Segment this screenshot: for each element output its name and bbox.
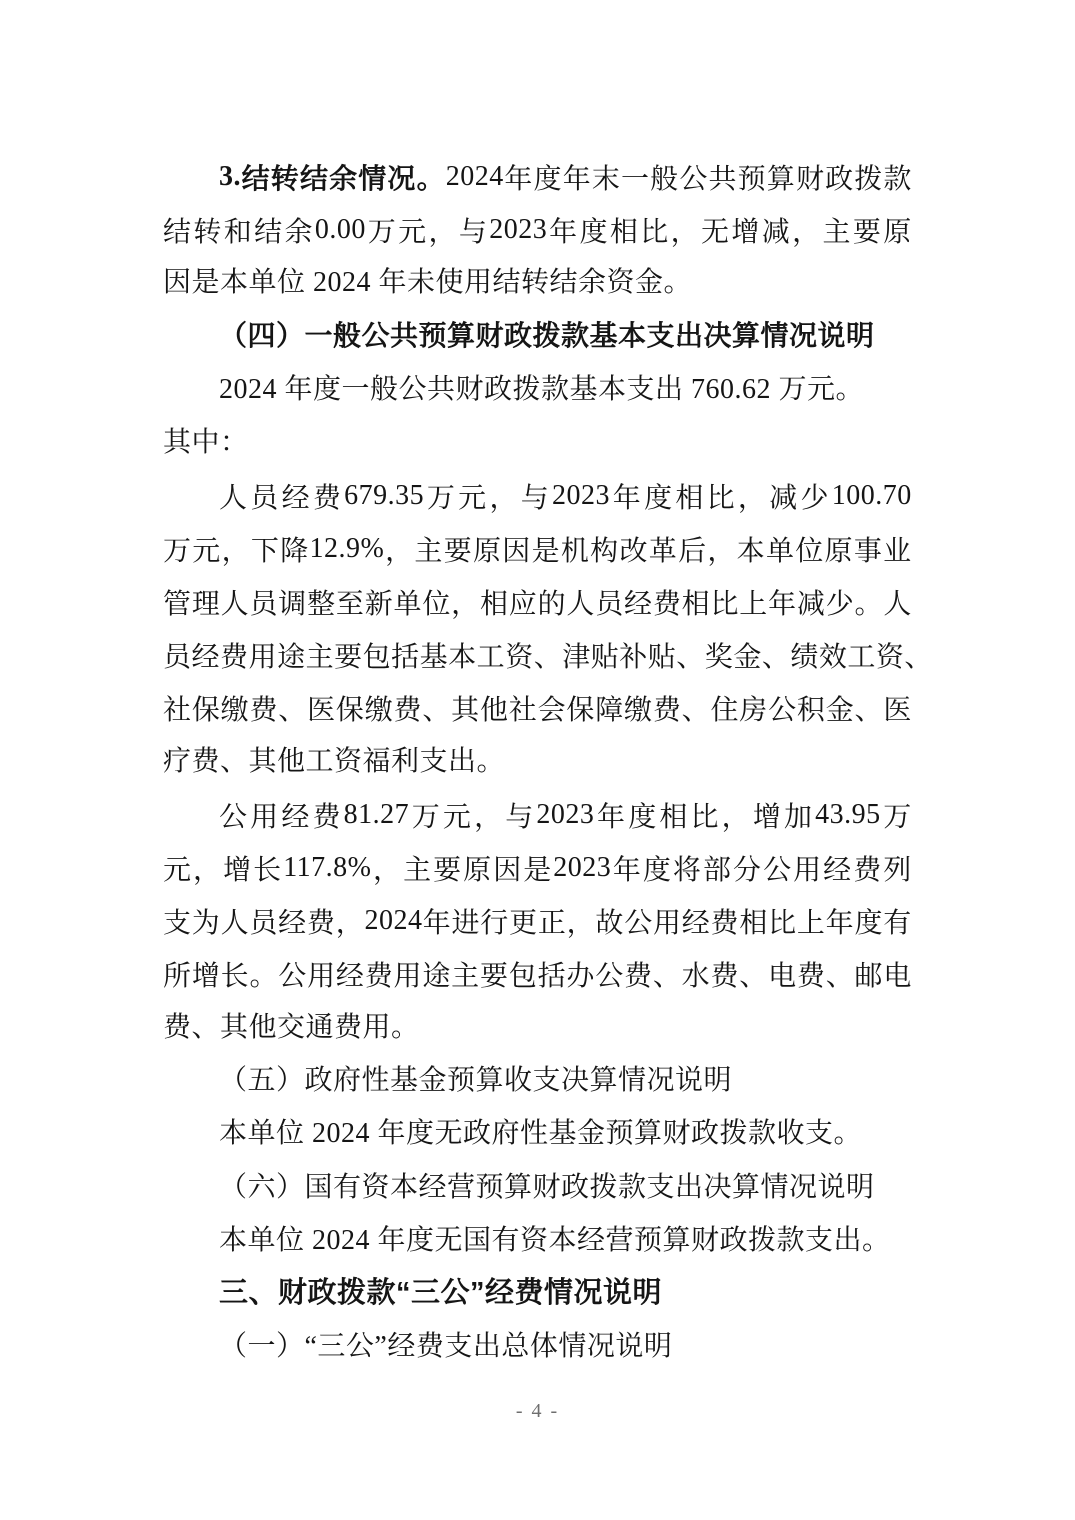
- para-public-funds-line-3: 支为人员经费，2024年进行更正，故公用经费相比上年度有: [163, 895, 912, 948]
- heading-section-5: （五）政府性基金预算收支决算情况说明: [163, 1054, 912, 1107]
- page-number: - 4 -: [0, 1400, 1075, 1423]
- para-public-funds-line-4: 所增长。公用经费用途主要包括办公费、水费、电费、邮电: [163, 948, 912, 1001]
- para-personnel-line-1: 人员经费679.35万元，与2023年度相比，减少100.70: [163, 469, 912, 522]
- para-personnel-line-4: 员经费用途主要包括基本工资、津贴补贴、奖金、绩效工资、: [163, 629, 912, 682]
- para-basic-expense-line-2: 其中：: [163, 416, 912, 469]
- para-public-funds-line-2: 元，增长117.8%，主要原因是2023年度将部分公用经费列: [163, 841, 912, 894]
- para-personnel-line-6: 疗费、其他工资福利支出。: [163, 735, 912, 788]
- para-personnel-line-3: 管理人员调整至新单位，相应的人员经费相比上年减少。人: [163, 576, 912, 629]
- para-carryover-line-2: 结转和结余0.00万元，与2023年度相比，无增减，主要原: [163, 203, 912, 256]
- para-public-funds-line-5: 费、其他交通费用。: [163, 1001, 912, 1054]
- para-personnel-line-2: 万元，下降12.9%，主要原因是机构改革后，本单位原事业: [163, 522, 912, 575]
- heading-part-3: 三、财政拨款“三公”经费情况说明: [163, 1267, 912, 1320]
- para-carryover-line-1: 3.结转结余情况。2024年度年末一般公共预算财政拨款: [163, 150, 912, 203]
- para-public-funds-line-1: 公用经费81.27万元，与2023年度相比，增加43.95万: [163, 788, 912, 841]
- document-page: 3.结转结余情况。2024年度年末一般公共预算财政拨款结转和结余0.00万元，与…: [0, 0, 1075, 1520]
- heading-section-6: （六）国有资本经营预算财政拨款支出决算情况说明: [163, 1161, 912, 1214]
- para-carryover-line-3: 因是本单位 2024 年未使用结转结余资金。: [163, 256, 912, 309]
- para-personnel-line-5: 社保缴费、医保缴费、其他社会保障缴费、住房公积金、医: [163, 682, 912, 735]
- heading-part-3-1: （一）“三公”经费支出总体情况说明: [163, 1320, 912, 1373]
- para-basic-expense-line-1: 2024 年度一般公共财政拨款基本支出 760.62 万元。: [163, 363, 912, 416]
- heading-section-4: （四）一般公共预算财政拨款基本支出决算情况说明: [163, 310, 912, 363]
- para-gov-fund: 本单位 2024 年度无政府性基金预算财政拨款收支。: [163, 1107, 912, 1160]
- document-body: 3.结转结余情况。2024年度年末一般公共预算财政拨款结转和结余0.00万元，与…: [163, 150, 912, 1373]
- para-state-capital: 本单位 2024 年度无国有资本经营预算财政拨款支出。: [163, 1214, 912, 1267]
